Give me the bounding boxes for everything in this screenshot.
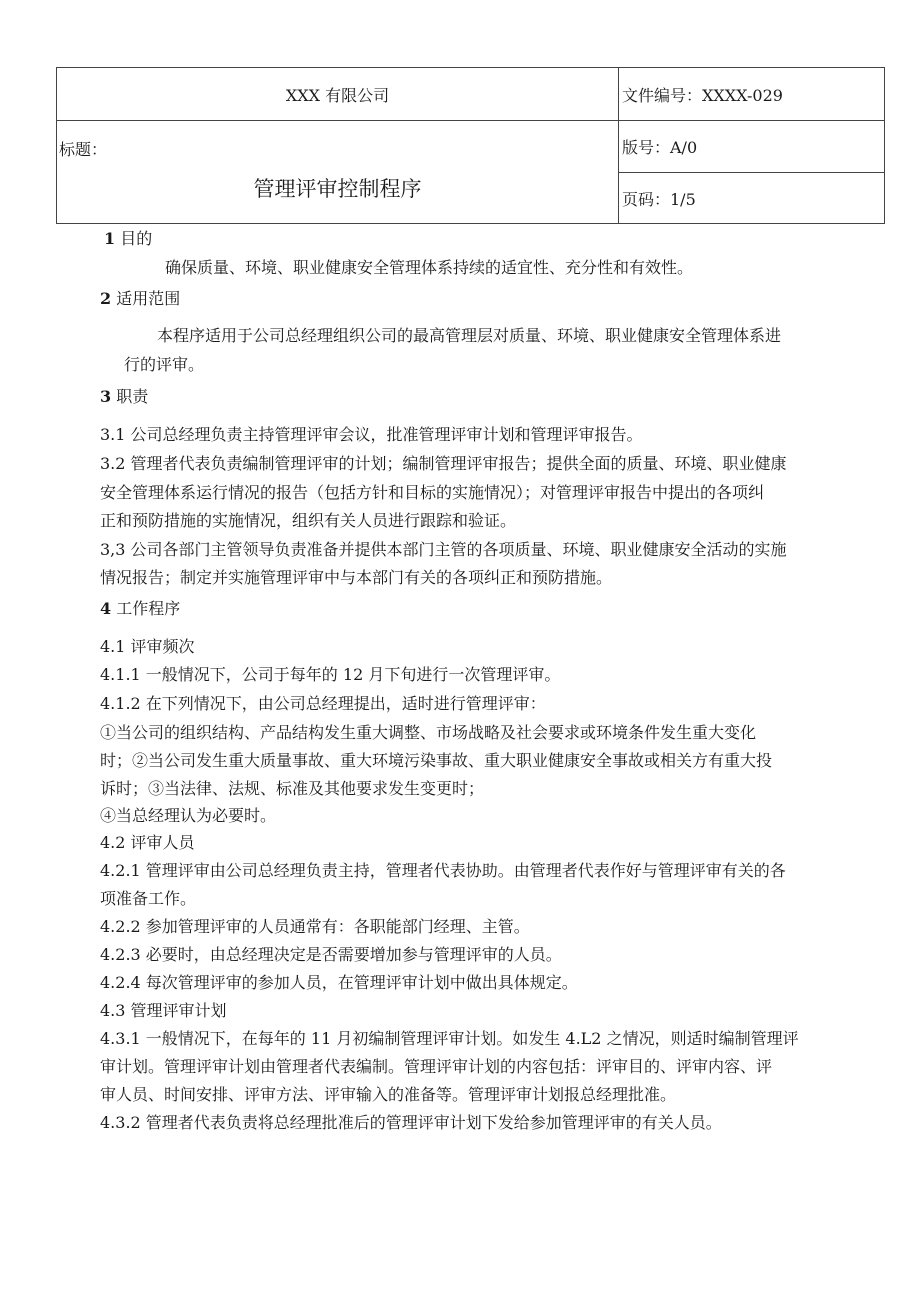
section-4-line: 4.3.2 管理者代表负责将总经理批准后的管理评审计划下发给参加管理评审的有关人… [100,1113,722,1133]
section-4-line: 诉时；③当法律、法规、标准及其他要求发生变更时； [100,779,484,799]
section-2-text-line2: 行的评审。 [124,355,204,375]
document-header-table: XXX 有限公司 文件编号：XXXX-029 标题： 管理评审控制程序 版号：A… [56,67,885,224]
company-name: XXX 有限公司 [57,68,619,121]
page-number: 页码：1/5 [619,173,884,223]
section-4-line: 4.1.2 在下列情况下，由公司总经理提出，适时进行管理评审： [100,694,546,714]
section-1-heading: 1 目的 [104,229,152,249]
section-1-text: 确保质量、环境、职业健康安全管理体系持续的适宜性、充分性和有效性。 [165,258,693,278]
section-3-line: 3,3 公司各部门主管领导负责准备并提供本部门主管的各项质量、环境、职业健康安全… [100,540,787,560]
version-number: 版号：A/0 [619,121,884,173]
title-cell: 标题： 管理评审控制程序 [57,121,619,223]
section-4-line: ①当公司的组织结构、产品结构发生重大调整、市场战略及社会要求或环境条件发生重大变… [100,723,756,743]
section-2-text-line1: 本程序适用于公司总经理组织公司的最高管理层对质量、环境、职业健康安全管理体系进 [157,326,781,346]
section-3-heading: 3 职责 [100,387,148,407]
section-4-subheading: 4.2 评审人员 [100,833,195,853]
title-label: 标题： [59,137,107,160]
section-4-line: 4.1.1 一般情况下，公司于每年的 12 月下旬进行一次管理评审。 [100,665,560,685]
section-4-heading: 4 工作程序 [100,599,180,619]
section-4-line: ④当总经理认为必要时。 [100,806,276,826]
section-4-line: 审人员、时间安排、评审方法、评审输入的准备等。管理评审计划报总经理批准。 [100,1085,676,1105]
section-4-line: 项准备工作。 [100,889,196,909]
section-4-line: 4.2.4 每次管理评审的参加人员，在管理评审计划中做出具体规定。 [100,973,578,993]
section-4-line: 审计划。管理评审计划由管理者代表编制。管理评审计划的内容包括：评审目的、评审内容… [100,1057,772,1077]
section-4-line: 时；②当公司发生重大质量事故、重大环境污染事故、重大职业健康安全事故或相关方有重… [100,751,772,771]
section-3-line: 3.1 公司总经理负责主持管理评审会议，批准管理评审计划和管理评审报告。 [100,425,643,445]
section-4-line: 4.2.3 必要时，由总经理决定是否需要增加参与管理评审的人员。 [100,945,562,965]
document-title: 管理评审控制程序 [57,173,618,203]
section-4-line: 4.2.1 管理评审由公司总经理负责主持，管理者代表协助。由管理者代表作好与管理… [100,861,786,881]
section-3-line: 安全管理体系运行情况的报告（包括方针和目标的实施情况）；对管理评审报告中提出的各… [100,483,764,503]
section-2-heading: 2 适用范围 [100,289,180,309]
section-3-line: 情况报告；制定并实施管理评审中与本部门有关的各项纠正和预防措施。 [100,568,612,588]
section-4-line: 4.3.1 一般情况下，在每年的 11 月初编制管理评审计划。如发生 4.L2 … [100,1029,799,1049]
document-number: 文件编号：XXXX-029 [619,68,884,121]
section-4-subheading: 4.3 管理评审计划 [100,1001,227,1021]
section-3-line: 3.2 管理者代表负责编制管理评审的计划；编制管理评审报告；提供全面的质量、环境… [100,454,787,474]
section-3-line: 正和预防措施的实施情况，组织有关人员进行跟踪和验证。 [100,511,516,531]
section-4-line: 4.2.2 参加管理评审的人员通常有：各职能部门经理、主管。 [100,917,530,937]
section-4-subheading: 4.1 评审频次 [100,637,195,657]
